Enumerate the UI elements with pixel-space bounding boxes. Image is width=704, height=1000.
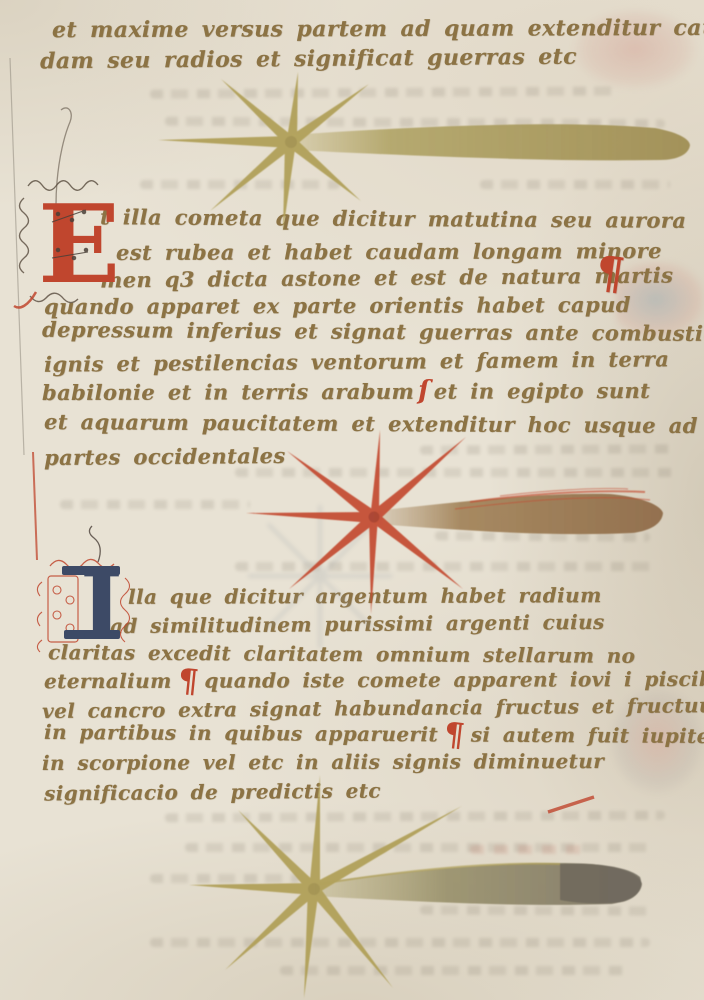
showthrough-text-ghost [165, 117, 665, 129]
showthrough-text-ghost [420, 444, 675, 454]
text-line: quando apparet ex parte orientis habet c… [44, 292, 631, 319]
showthrough-text-ghost [150, 86, 620, 98]
text-line: babilonie et in terris arabumſet in egip… [42, 378, 650, 405]
initial-top-bar [62, 566, 120, 575]
text-line: eternalium¶quando iste comete apparent i… [44, 667, 704, 693]
text-segment: si autem fuit iupiter [471, 723, 704, 749]
showthrough-text-ghost [140, 180, 340, 189]
text-line: ignis et pestilencias ventorum et famem … [44, 346, 669, 376]
red-tironian-mark: ſ [418, 376, 430, 406]
manuscript-page: et maxime versus partem ad quam extendit… [0, 0, 704, 1000]
comet-tail [374, 494, 663, 534]
red-tail-streak [500, 488, 628, 496]
tail-streak [320, 864, 560, 884]
showthrough-text-ghost [280, 966, 630, 975]
text-segment: quando iste comete apparent iovi i pisci… [204, 667, 704, 693]
showthrough-text-ghost [235, 468, 675, 477]
text-line: t illa cometa que dicitur matutina seu a… [100, 204, 686, 233]
showthrough-text-ghost [235, 562, 655, 571]
text-line: depressum inferius et signat guerras ant… [42, 317, 704, 346]
showthrough-text-ghost [420, 905, 650, 915]
text-line: et aquarum paucitatem et extenditur hoc … [44, 409, 698, 438]
penwork-antenna [89, 526, 100, 562]
comet-tail [314, 863, 642, 905]
initial-compartment-marks [52, 210, 88, 260]
comet-drawing-bottom [189, 775, 642, 998]
red-tail-streak [455, 498, 650, 509]
penwork-flourish [28, 181, 98, 191]
showthrough-text-ghost [480, 180, 670, 189]
text-line: in partibus in quibus apparuerit¶si aute… [44, 720, 704, 748]
text-line: claritas excedit claritatem omnium stell… [48, 640, 635, 668]
text-line: est rubea et habet caudam longam minore [116, 238, 662, 265]
text-line: significacio de predictis etc [44, 779, 381, 806]
showthrough-text-ghost [435, 531, 650, 542]
penwork-flourish [20, 198, 29, 273]
text-line: vel cancro extra signat habundancia fruc… [42, 693, 704, 723]
text-line: lla que dicitur argentum habet radium [128, 583, 602, 609]
comet-tail-tip [560, 864, 641, 904]
red-filigree-panel [48, 576, 78, 642]
text-line: dam seu radios et significat guerras etc [40, 44, 577, 75]
showthrough-text-ghost [470, 845, 590, 854]
text-segment: babilonie et in terris arabum [42, 379, 414, 405]
comet-tail [291, 124, 690, 160]
text-line: et maxime versus partem ad quam extendit… [52, 15, 704, 43]
red-stroke-mark [548, 797, 594, 812]
showthrough-text-ghost [150, 874, 300, 883]
text-line: partes occidentales [44, 443, 286, 470]
red-margin-line [33, 452, 37, 560]
pilcrow-mark: ¶ [178, 680, 199, 682]
showthrough-text-ghost [150, 938, 650, 947]
text-line: in scorpione vel etc in aliis signis dim… [42, 749, 604, 775]
comet-star [189, 775, 462, 998]
red-filigree [50, 559, 114, 568]
text-segment: in partibus in quibus apparuerit [44, 720, 438, 746]
red-tail-streak [470, 491, 645, 502]
text-segment: et in egipto sunt [434, 378, 651, 404]
text-line: men q3 dicta astone et est de natura mar… [100, 262, 673, 292]
showthrough-text-ghost [165, 811, 665, 823]
red-flourish [14, 292, 36, 307]
pen-flourish [56, 108, 71, 252]
text-segment: eternalium [44, 669, 172, 693]
pilcrow-mark: ¶ [444, 733, 465, 735]
showthrough-text-ghost [60, 500, 250, 509]
text-line: ad similitudinem purissimi argenti cuius [110, 610, 605, 638]
